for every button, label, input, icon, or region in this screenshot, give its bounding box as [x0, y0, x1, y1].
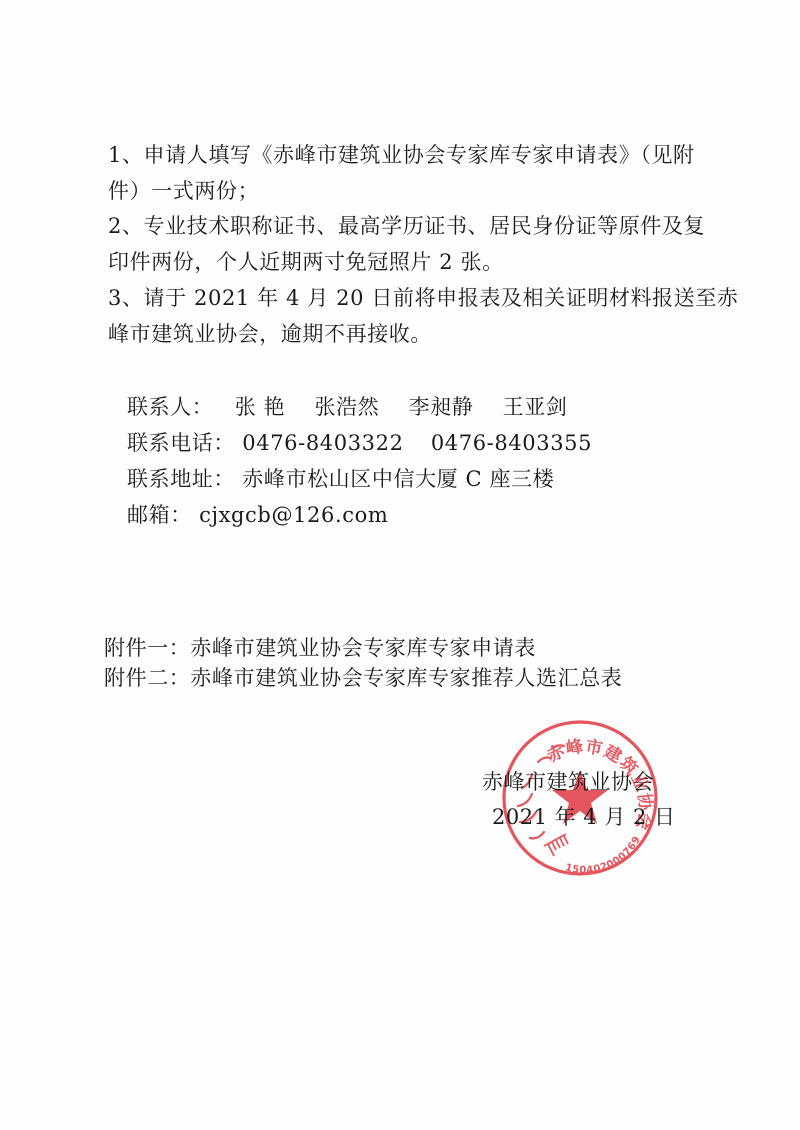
attachment-1: 附件一：赤峰市建筑业协会专家库专家申请表: [104, 636, 536, 660]
svg-text:150402000769: 150402000769: [564, 834, 643, 876]
contact-address: 赤峰市松山区中信大厦 C 座三楼: [242, 467, 554, 491]
contact-person: 张浩然: [314, 395, 379, 419]
contact-phone-row: 联系电话： 0476-8403322 0476-8403355: [127, 431, 592, 455]
contact-phone-label: 联系电话：: [127, 431, 235, 455]
document-page: 1、申请人填写《赤峰市建筑业协会专家库专家申请表》（见附 件）一式两份； 2、专…: [0, 0, 800, 1130]
contact-email[interactable]: cjxgcb@126.com: [199, 503, 388, 527]
attachment-label: 附件一：: [104, 636, 190, 660]
contact-email-row: 邮箱： cjxgcb@126.com: [127, 503, 388, 527]
official-seal: 赤峰市建筑业协会 150402000769: [500, 718, 660, 878]
contact-email-label: 邮箱：: [127, 503, 192, 527]
contact-people-label: 联系人：: [127, 395, 213, 419]
item-1-line-2: 件）一式两份；: [108, 179, 259, 203]
contact-address-label: 联系地址：: [127, 467, 235, 491]
attachment-2: 附件二：赤峰市建筑业协会专家库专家推荐人选汇总表: [104, 666, 622, 690]
attachment-title: 赤峰市建筑业协会专家库专家推荐人选汇总表: [190, 666, 622, 690]
item-2-line-2: 印件两份，个人近期两寸免冠照片 2 张。: [108, 250, 504, 274]
contact-phone: 0476-8403355: [431, 431, 592, 455]
contact-person: 张 艳: [235, 395, 285, 419]
attachment-label: 附件二：: [104, 666, 190, 690]
contact-phone: 0476-8403322: [242, 431, 403, 455]
contact-person: 王亚剑: [503, 395, 568, 419]
signature-organization: 赤峰市建筑业协会: [482, 770, 654, 794]
contact-address-row: 联系地址： 赤峰市松山区中信大厦 C 座三楼: [127, 467, 554, 491]
item-3-line-1: 3、请于 2021 年 4 月 20 日前将申报表及相关证明材料报送至赤: [108, 286, 739, 310]
signature-date: 2021 年 4 月 2 日: [492, 805, 676, 829]
item-1-line-1: 1、申请人填写《赤峰市建筑业协会专家库专家申请表》（见附: [108, 143, 695, 167]
attachment-title: 赤峰市建筑业协会专家库专家申请表: [190, 636, 536, 660]
contact-person: 李昶静: [409, 395, 474, 419]
item-2-line-1: 2、专业技术职称证书、最高学历证书、居民身份证等原件及复: [108, 214, 705, 238]
contact-people-row: 联系人： 张 艳 张浩然 李昶静 王亚剑: [127, 395, 567, 419]
item-3-line-2: 峰市建筑业协会，逾期不再接收。: [108, 322, 432, 346]
seal-icon: 赤峰市建筑业协会 150402000769: [500, 718, 660, 878]
